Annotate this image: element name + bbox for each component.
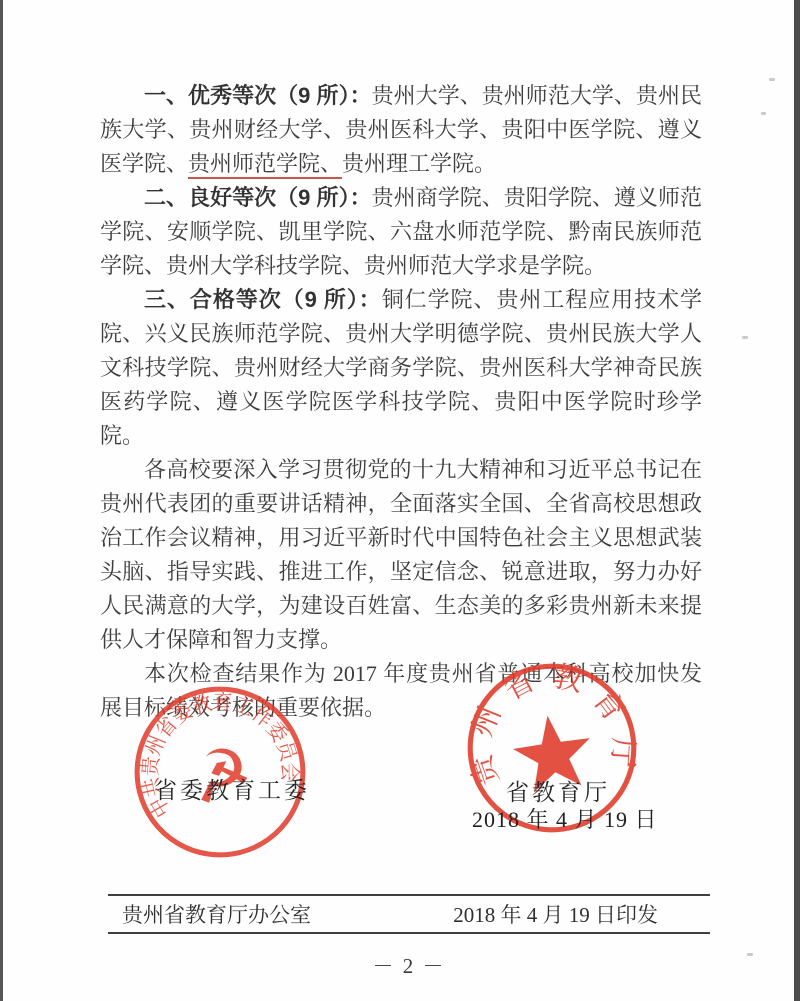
section-good: 二、良好等次（9 所）：贵州商学院、贵阳学院、遵义师范学院、安顺学院、凯里学院、… <box>100 181 702 283</box>
scan-speck <box>742 336 748 339</box>
scan-edge-left <box>0 0 3 1001</box>
document-body: 一、优秀等次（9 所）：贵州大学、贵州师范大学、贵州民族大学、贵州财经大学、贵州… <box>100 79 702 725</box>
scan-speck <box>769 78 775 81</box>
footer-issuer: 贵州省教育厅办公室 <box>122 899 311 929</box>
document-page: 一、优秀等次（9 所）：贵州大学、贵州师范大学、贵州民族大学、贵州财经大学、贵州… <box>0 0 800 1001</box>
scan-edge-right <box>794 0 800 1001</box>
underlined-school-name: 贵州师范学院、 <box>188 151 342 179</box>
scan-speck <box>747 953 753 956</box>
section-excellent: 一、优秀等次（9 所）：贵州大学、贵州师范大学、贵州民族大学、贵州财经大学、贵州… <box>100 79 702 181</box>
document-footer: 贵州省教育厅办公室 2018 年 4 月 19 日印发 － 2 － <box>108 894 710 934</box>
paragraph-spirit: 各高校要深入学习贯彻党的十九大精神和习近平总书记在贵州代表团的重要讲话精神，全面… <box>100 453 702 657</box>
section-excellent-list-end: 贵州理工学院。 <box>342 151 496 176</box>
section-excellent-heading: 一、优秀等次（9 所）： <box>144 83 372 108</box>
section-qualified: 三、合格等次（9 所）：铜仁学院、贵州工程应用技术学院、兴义民族师范学院、贵州大… <box>100 283 702 453</box>
paragraph-result: 本次检查结果作为 2017 年度贵州省普通本科高校加快发展目标绩效考核的重要依据… <box>100 657 702 725</box>
section-good-heading: 二、良好等次（9 所）： <box>144 185 372 210</box>
page-number: － 2 － <box>108 950 710 980</box>
signature-date: 2018 年 4 月 19 日 <box>472 803 658 834</box>
section-qualified-heading: 三、合格等次（9 所）： <box>144 287 382 312</box>
footer-row: 贵州省教育厅办公室 2018 年 4 月 19 日印发 <box>108 896 710 932</box>
scan-speck <box>761 112 766 115</box>
left-signer-label: 省委教育工委 <box>154 772 310 805</box>
footer-rule-bottom <box>108 932 710 934</box>
footer-print-date: 2018 年 4 月 19 日印发 <box>453 899 658 929</box>
